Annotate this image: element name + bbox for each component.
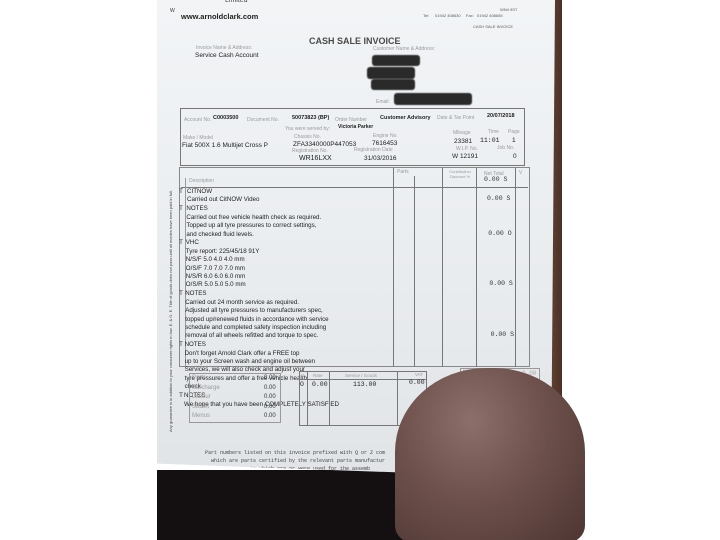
- row-net-total: 0.00 S: [491, 331, 514, 338]
- summary-label-parts: Parts: [192, 375, 206, 381]
- job-number: 0: [513, 153, 517, 160]
- fax-label: Fax:: [466, 13, 474, 18]
- summary-label-sublet: Sublet: [192, 404, 209, 410]
- engine-number: 7616453: [372, 140, 397, 147]
- row-description-line: schedule and completed safety inspection…: [185, 324, 326, 332]
- vat-row-code: O: [300, 381, 304, 388]
- company-name: Limited: [225, 0, 248, 4]
- time-label: Time: [488, 129, 499, 135]
- registration-date: 31/03/2016: [364, 155, 397, 162]
- engine-label: Engine No.: [373, 133, 398, 139]
- row-type-flag: T: [179, 341, 183, 348]
- row-description-line: NOTES: [185, 290, 206, 298]
- row-description-line: topped up/renewed fluids in accordance w…: [185, 316, 328, 324]
- summary-label-surcharge: Surcharge: [192, 385, 220, 391]
- column-divider-vat: [515, 168, 516, 367]
- document-number: 50073823 (BP): [292, 115, 329, 121]
- vat-row-rate: 0.00: [312, 381, 328, 388]
- column-header-parts: Parts: [397, 169, 409, 175]
- row-description-line: VHC: [186, 239, 199, 247]
- background-left: [0, 0, 157, 540]
- row-description-line: CITNOW: [187, 188, 212, 196]
- document-label: Document No.: [247, 117, 279, 123]
- invoice-address-value: Service Cash Account: [195, 52, 259, 59]
- row-description-line: O/S/R 5.0 5.0 5.0 mm: [186, 281, 246, 289]
- date-label: Date & Tax Point: [437, 115, 474, 121]
- redacted-address-line-2: [371, 79, 415, 90]
- vat-header-vat: VAT: [415, 372, 423, 377]
- row-net-total: 0.00 S: [487, 195, 510, 202]
- summary-value-menus: 0.00: [264, 413, 276, 419]
- row-type-flag: T: [179, 188, 183, 195]
- row-net-total: 0.00 O: [488, 230, 511, 237]
- tel-label: Tel:: [423, 13, 429, 18]
- row-description-line: Carried out free vehicle health check as…: [186, 214, 321, 222]
- summary-value-parts: 0.00: [264, 375, 276, 381]
- row-net-total: 0.00 S: [489, 280, 512, 287]
- vat-col-divider-1: [307, 372, 308, 425]
- account-number: C0003500: [213, 115, 238, 121]
- row-description-line: NOTES: [185, 341, 206, 349]
- company-mark: W: [170, 8, 175, 14]
- vat-col-divider-3: [397, 372, 398, 425]
- customer-address-label: Customer Name & Address:: [373, 46, 435, 52]
- summary-value-sublet: 0.00: [264, 404, 276, 410]
- summary-label-menus: Menus: [192, 413, 210, 419]
- tax-point-date: 20/07/2018: [487, 113, 515, 119]
- email-label: Email:: [376, 99, 390, 105]
- side-guarantee-note: Any guarantee is in addition to your con…: [168, 190, 173, 432]
- invoice-title: CASH SALE INVOICE: [309, 36, 401, 46]
- redacted-address-line-1: [367, 67, 415, 79]
- row-description-line: Topped up all tyre pressures to correct …: [186, 222, 316, 230]
- time: 11:01: [480, 137, 500, 144]
- column-divider-net: [476, 168, 477, 367]
- row-description-line: N/S/F 5.0 4.0 4.0 mm: [186, 256, 245, 264]
- make-model: Fiat 500X 1.6 Multijet Cross P: [182, 142, 268, 149]
- redacted-email: [394, 93, 472, 105]
- vat-row-vat: 0.00: [409, 379, 425, 386]
- row-description-line: O/S/F 7.0 7.0 7.0 mm: [186, 265, 245, 273]
- vat-row-goods: 113.00: [353, 381, 376, 388]
- row-net-total-header: 0.00 S: [484, 176, 507, 183]
- column-divider-parts: [393, 168, 394, 367]
- row-description-line: NOTES: [186, 205, 207, 213]
- company-website: www.arnoldclark.com: [181, 12, 258, 21]
- account-label: Account No.: [184, 117, 211, 123]
- company-postcode: WN4 9ST: [500, 7, 517, 12]
- invoice-address-label: Invoice Name & Address:: [196, 45, 252, 51]
- mileage: 23381: [454, 138, 472, 145]
- row-description-line: removal of all wheels refitted and torqu…: [185, 332, 318, 340]
- chassis-label: Chassis No.: [294, 134, 321, 140]
- column-divider-parts-2: [414, 176, 415, 367]
- vat-col-divider-2: [329, 372, 330, 425]
- tel-number: 01942 408630: [435, 13, 461, 18]
- vat-table-header-divider: [300, 379, 426, 380]
- registration-date-label: Registration Date: [354, 147, 393, 153]
- vat-header-v: V: [301, 373, 304, 378]
- row-description-line: Adjusted all tyre pressures to manufactu…: [185, 307, 323, 315]
- served-by-label: You were served by:: [285, 126, 330, 132]
- wip-label: W.I.P. No.: [456, 146, 478, 152]
- order-label: Order Number: [335, 117, 367, 123]
- parts-note-line: Part numbers listed on this invoice pref…: [205, 450, 385, 456]
- row-type-flag: T: [179, 239, 183, 246]
- vat-header-goods: Service / Goods: [345, 373, 377, 378]
- order-number: Customer Advisory: [380, 115, 431, 121]
- page-label: Page: [508, 129, 520, 135]
- doc-type-small: CASH SALE INVOICE: [473, 24, 513, 29]
- thumb-obstruction: [395, 368, 585, 540]
- row-type-flag: T: [179, 290, 183, 297]
- row-description-line: and checked fluid levels.: [186, 231, 253, 239]
- summary-value-labour: 0.00: [264, 394, 276, 400]
- mileage-label: Mileage: [453, 130, 471, 136]
- row-description-line: Carried out CitNOW Video: [187, 196, 259, 204]
- vat-header-rate: Rate: [313, 373, 323, 378]
- registration-number: WR16LXX: [299, 155, 332, 162]
- make-model-label: Make / Model: [183, 135, 213, 141]
- row-description-line: Tyre report: 225/45/18 91Y: [186, 248, 260, 256]
- row-description-line: up to your Screen wash and engine oil be…: [185, 358, 315, 366]
- job-label: Job No.: [497, 145, 514, 151]
- page-number: 1: [512, 137, 516, 144]
- wip-number: W 12191: [452, 153, 478, 160]
- column-header-discount: Contribution Discount %: [445, 169, 475, 179]
- redacted-name: [372, 55, 420, 66]
- column-header-description: Description: [189, 178, 214, 184]
- summary-label-labour: Labour: [192, 394, 211, 400]
- registration-label: Registration No.: [292, 148, 328, 154]
- column-divider-discount: [442, 168, 443, 367]
- column-header-vat: V: [519, 170, 522, 176]
- row-type-flag: T: [179, 392, 183, 399]
- row-description-line: Carried out 24 month service as required…: [185, 299, 299, 307]
- row-description-line: N/S/R 6.0 6.0 6.0 mm: [186, 273, 246, 281]
- summary-value-surcharge: 0.00: [264, 385, 276, 391]
- parts-note-line: which are parts certified by the relevan…: [211, 458, 385, 464]
- served-by: Victoria Parker: [338, 124, 373, 130]
- row-description-line: Don't forget Arnold Clark offer a FREE t…: [185, 350, 300, 358]
- row-type-flag: T: [179, 205, 183, 212]
- background-right: [562, 0, 720, 540]
- chassis-number: ZFA3340000P447053: [293, 141, 356, 148]
- fax-number: 01942 408655: [477, 13, 503, 18]
